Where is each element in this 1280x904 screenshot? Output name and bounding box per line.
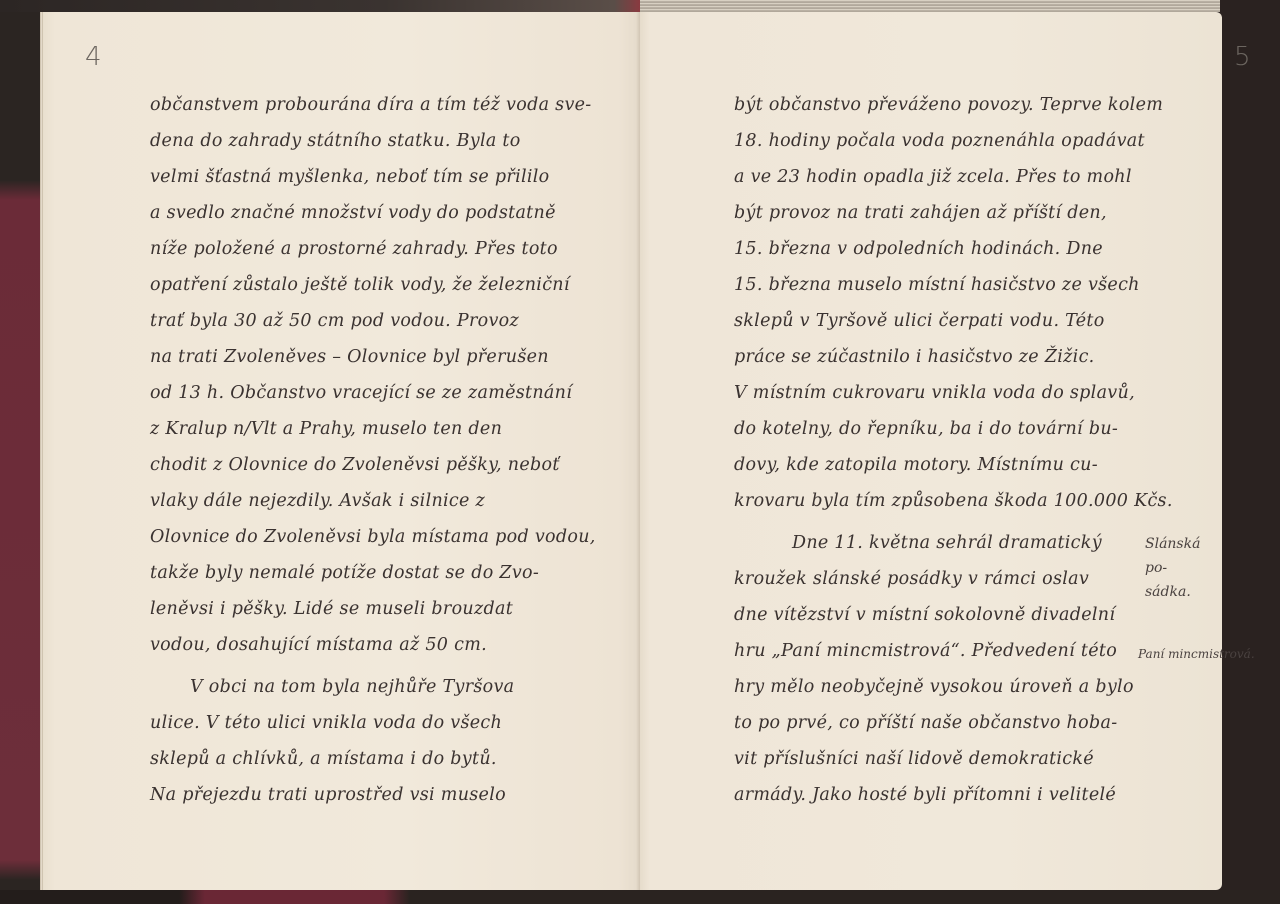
text-line: velmi šťastná myšlenka, neboť tím se při… [150, 162, 550, 192]
text-line: z Kralup n/Vlt a Prahy, muselo ten den [150, 414, 502, 444]
text-line: a svedlo značné množství vody do podstat… [150, 198, 556, 228]
text-line: kroužek slánské posádky v rámci oslav [734, 564, 1089, 594]
text-line: sklepů a chlívků, a místama i do bytů. [150, 744, 497, 774]
text-line: níže položené a prostorné zahrady. Přes … [150, 234, 558, 264]
text-line: V místním cukrovaru vnikla voda do splav… [734, 378, 1135, 408]
text-line: armády. Jako hosté byli přítomni i velit… [734, 780, 1116, 810]
text-line: vodou, dosahující místama až 50 cm. [150, 630, 487, 660]
book-cover-left-edge [0, 0, 40, 904]
text-line: Olovnice do Zvoleněvsi byla místama pod … [150, 522, 596, 552]
text-line: 15. března muselo místní hasičstvo ze vš… [734, 270, 1140, 300]
text-line: být občanstvo převáženo povozy. Teprve k… [734, 90, 1163, 120]
page-stack-edges [640, 0, 1220, 12]
text-line: to po prvé, co příští naše občanstvo hob… [734, 708, 1117, 738]
text-line-paragraph-start: Dne 11. května sehrál dramatický [792, 528, 1102, 558]
text-line: hru „Paní mincmistrová“. Předvedení této [734, 636, 1117, 666]
text-line: do kotelny, do řepníku, ba i do tovární … [734, 414, 1118, 444]
text-line: vlaky dále nejezdily. Avšak i silnice z [150, 486, 485, 516]
text-line-paragraph-start: V obci na tom byla nejhůře Tyršova [190, 672, 514, 702]
text-line: krovaru byla tím způsobena škoda 100.000… [734, 486, 1173, 516]
text-line: dne vítězství v místní sokolovně divadel… [734, 600, 1115, 630]
text-line: práce se zúčastnilo i hasičstvo ze Žižic… [734, 342, 1095, 372]
text-line: a ve 23 hodin opadla již zcela. Přes to … [734, 162, 1132, 192]
text-line: 18. hodiny počala voda poznenáhla opadáv… [734, 126, 1145, 156]
page-number-right: 5 [1234, 42, 1251, 72]
book-cover-bottom-edge [0, 890, 1280, 904]
text-line: 15. března v odpoledních hodinách. Dne [734, 234, 1103, 264]
text-line: trať byla 30 až 50 cm pod vodou. Provoz [150, 306, 519, 336]
text-line: občanstvem probourána díra a tím též vod… [150, 90, 592, 120]
margin-note-slanska-posadka: Slánská po- sádka. [1145, 532, 1225, 604]
text-line: opatření zůstalo ještě tolik vody, že že… [150, 270, 570, 300]
text-line: být provoz na trati zahájen až příští de… [734, 198, 1107, 228]
left-page: 4 občanstvem probourána díra a tím též v… [40, 12, 643, 890]
text-line: leněvsi i pěšky. Lidé se museli brouzdat [150, 594, 513, 624]
text-line: sklepů v Tyršově ulici čerpati vodu. Tét… [734, 306, 1105, 336]
right-page: 5 být občanstvo převáženo povozy. Teprve… [640, 12, 1222, 890]
page-number-left: 4 [85, 42, 102, 72]
margin-note-pani-mincmistrova: Paní mincmistrová. [1138, 642, 1228, 666]
text-line: Na přejezdu trati uprostřed vsi muselo [150, 780, 506, 810]
text-line: takže byly nemalé potíže dostat se do Zv… [150, 558, 539, 588]
text-line: vit příslušníci naší lidově demokratické [734, 744, 1094, 774]
text-line: dena do zahrady státního statku. Byla to [150, 126, 521, 156]
text-line: dovy, kde zatopila motory. Místnímu cu- [734, 450, 1098, 480]
book-cover-right-edge [1220, 0, 1280, 904]
text-line: od 13 h. Občanstvo vracející se ze zaměs… [150, 378, 572, 408]
text-line: chodit z Olovnice do Zvoleněvsi pěšky, n… [150, 450, 560, 480]
text-line: hry mělo neobyčejně vysokou úroveň a byl… [734, 672, 1134, 702]
text-line: ulice. V této ulici vnikla voda do všech [150, 708, 502, 738]
text-line: na trati Zvoleněves – Olovnice byl přeru… [150, 342, 549, 372]
